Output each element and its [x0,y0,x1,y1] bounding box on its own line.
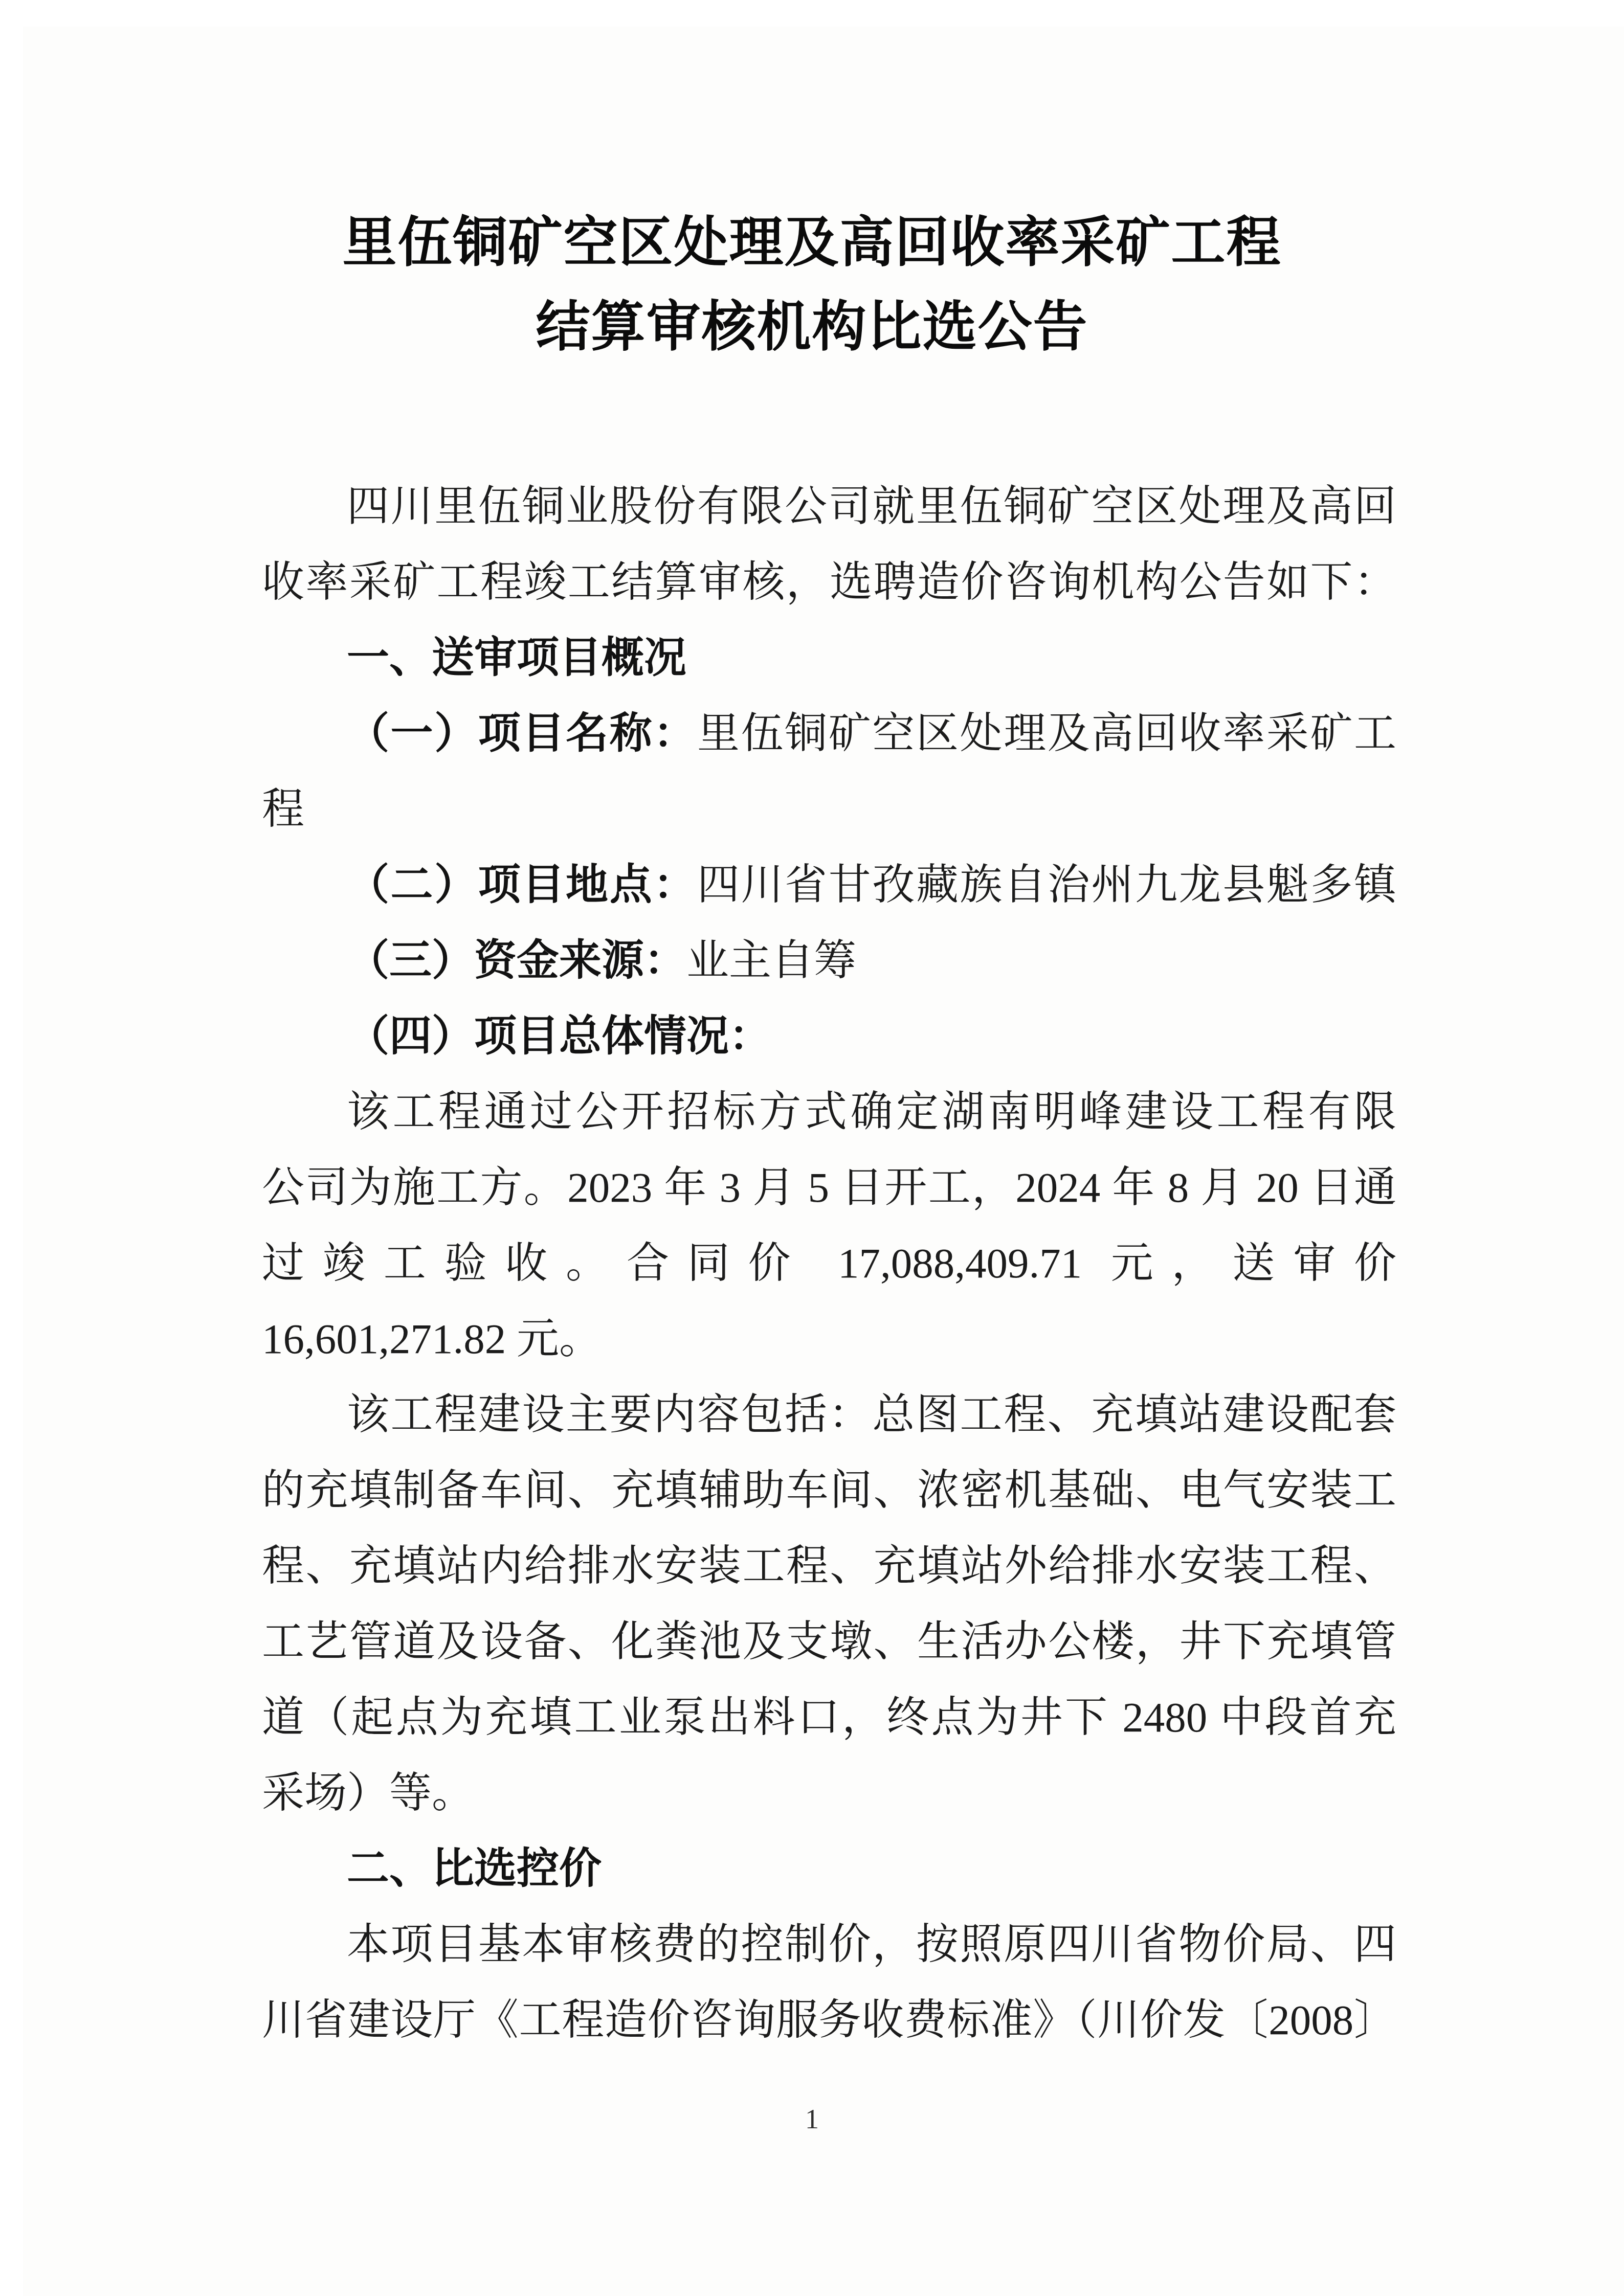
text-segment: 四川里伍铜业股份有限公司就里伍铜矿空区处理及高回 [347,483,1396,530]
document-line: 一、送审项目概况 [262,620,1396,695]
document-line: 过竣工验收。合同价 17,088,409.71 元，送审价 [262,1225,1396,1301]
document-line: 公司为施工方。2023 年 3 月 5 日开工，2024 年 8 月 20 日通 [262,1150,1396,1225]
document-line: 采场）等。 [262,1755,1396,1831]
text-segment: 过竣工验收。合同价 17,088,409.71 元，送审价 [262,1240,1396,1287]
text-segment: 收率采矿工程竣工结算审核，选聘造价咨询机构公告如下： [262,558,1396,605]
document-line: 四川里伍铜业股份有限公司就里伍铜矿空区处理及高回 [262,468,1396,544]
document-line: 程、充填站内给排水安装工程、充填站外给排水安装工程、 [262,1528,1396,1604]
text-segment: 该工程通过公开招标方式确定湖南明峰建设工程有限 [347,1088,1396,1135]
document-line: 二、比选控价 [262,1831,1396,1906]
text-segment: 里伍铜矿空区处理及高回收率采矿工 [697,710,1396,757]
document-title-line-2: 结算审核机构比选公告 [0,285,1624,369]
text-segment: 公司为施工方。2023 年 3 月 5 日开工，2024 年 8 月 20 日通 [262,1164,1396,1211]
text-segment: 道（起点为充填工业泵出料口，终点为井下 2480 中段首充 [262,1694,1396,1741]
document-line: （二）项目地点：四川省甘孜藏族自治州九龙县魁多镇 [262,847,1396,922]
document-line: 该工程建设主要内容包括：总图工程、充填站建设配套 [262,1377,1396,1452]
document-line: 收率采矿工程竣工结算审核，选聘造价咨询机构公告如下： [262,544,1396,620]
text-segment: 业主自筹 [686,937,856,984]
document-line: （四）项目总体情况： [262,998,1396,1074]
document-title-line-1: 里伍铜矿空区处理及高回收率采矿工程 [0,200,1624,285]
page-number: 1 [0,2103,1624,2135]
text-segment: 16,601,271.82 元。 [262,1315,602,1362]
document-line: 工艺管道及设备、化粪池及支墩、生活办公楼，井下充填管 [262,1604,1396,1679]
document-line: 本项目基本审核费的控制价，按照原四川省物价局、四 [262,1906,1396,1982]
document-body: 四川里伍铜业股份有限公司就里伍铜矿空区处理及高回收率采矿工程竣工结算审核，选聘造… [262,468,1396,2058]
text-segment: 程、充填站内给排水安装工程、充填站外给排水安装工程、 [262,1542,1396,1589]
document-line: 16,601,271.82 元。 [262,1301,1396,1377]
document-title: 里伍铜矿空区处理及高回收率采矿工程 结算审核机构比选公告 [0,200,1624,369]
document-page: 里伍铜矿空区处理及高回收率采矿工程 结算审核机构比选公告 四川里伍铜业股份有限公… [0,0,1624,2296]
text-segment: 工艺管道及设备、化粪池及支墩、生活办公楼，井下充填管 [262,1618,1396,1665]
text-segment-bold: 一、送审项目概况 [347,634,686,681]
document-line: （三）资金来源：业主自筹 [262,922,1396,998]
document-line: 程 [262,771,1396,847]
document-line: （一）项目名称：里伍铜矿空区处理及高回收率采矿工 [262,695,1396,771]
text-segment-bold: （四）项目总体情况： [347,1012,771,1060]
document-line: 川省建设厅《工程造价咨询服务收费标准》（川价发〔2008〕 [262,1982,1396,2058]
document-line: 道（起点为充填工业泵出料口，终点为井下 2480 中段首充 [262,1679,1396,1755]
text-segment: 该工程建设主要内容包括：总图工程、充填站建设配套 [347,1391,1396,1438]
text-segment: 川省建设厅《工程造价咨询服务收费标准》（川价发〔2008〕 [262,1996,1396,2043]
text-segment-bold: （二）项目地点： [347,861,697,908]
text-segment: 程 [262,785,304,832]
text-segment: 的充填制备车间、充填辅助车间、浓密机基础、电气安装工 [262,1467,1396,1514]
text-segment: 采场）等。 [262,1769,474,1816]
document-line: 的充填制备车间、充填辅助车间、浓密机基础、电气安装工 [262,1452,1396,1528]
document-line: 该工程通过公开招标方式确定湖南明峰建设工程有限 [262,1074,1396,1150]
text-segment: 四川省甘孜藏族自治州九龙县魁多镇 [697,861,1396,908]
text-segment-bold: 二、比选控价 [347,1845,602,1892]
text-segment-bold: （三）资金来源： [347,937,686,984]
text-segment: 本项目基本审核费的控制价，按照原四川省物价局、四 [347,1921,1396,1968]
text-segment-bold: （一）项目名称： [347,710,697,757]
